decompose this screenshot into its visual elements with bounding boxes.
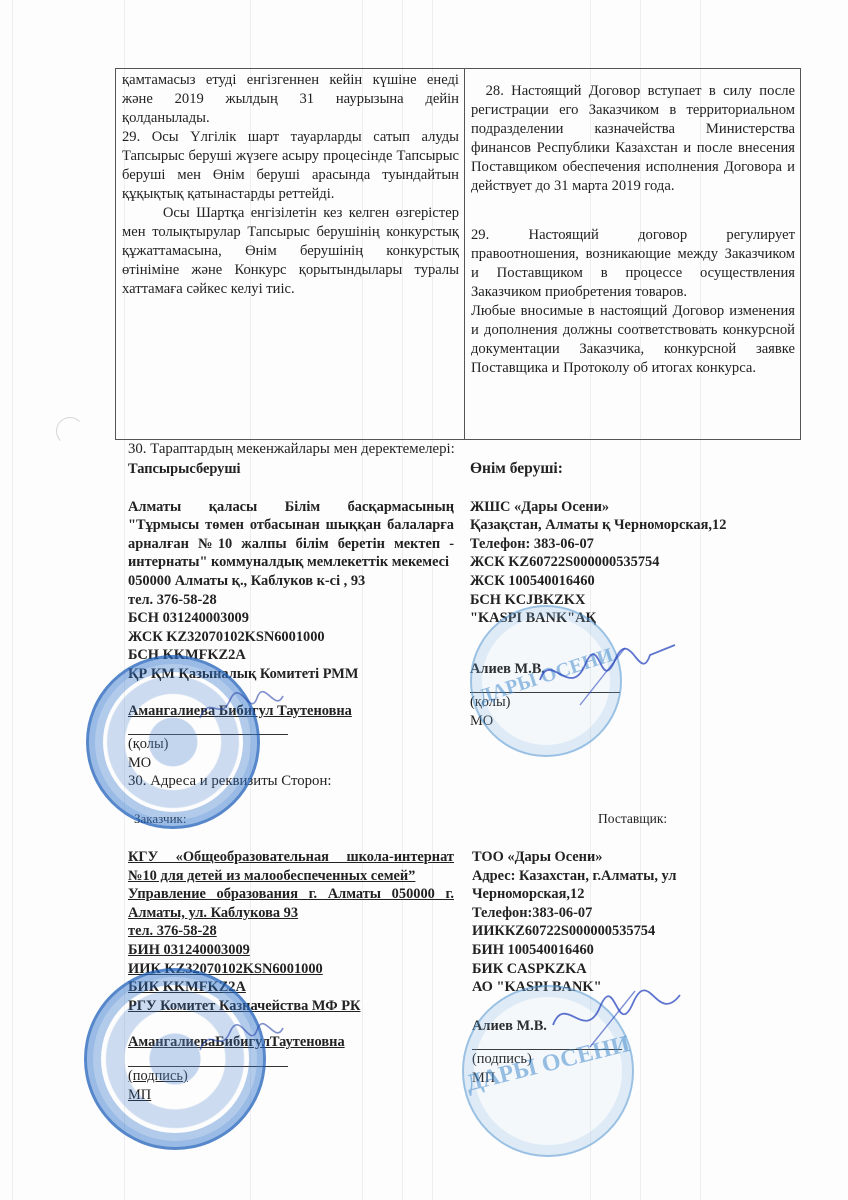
kz-supplier-address: Қазақстан, Алматы қ Черноморская,12 <box>470 516 790 535</box>
kz-customer-title: Тапсырысберуші <box>128 460 454 479</box>
signature-line <box>128 1052 288 1067</box>
kz-customer-phone: тел. 376-58-28 <box>128 591 454 610</box>
signature-line <box>472 1035 622 1050</box>
kz-changes-text: Осы Шартқа енгізілетін кез келген өзгері… <box>122 204 459 299</box>
ru-supplier-block: ТОО «Дары Осени» Адрес: Казахстан, г.Алм… <box>472 848 702 1088</box>
ru-customer-bank: РГУ Комитет Казначейства МФ РК <box>128 997 454 1016</box>
kz-supplier-sign-label: (қолы) <box>470 693 790 712</box>
ru-supplier-org: ТОО «Дары Осени» <box>472 848 702 867</box>
ru-customer-signer: АмангалиеваБибигулТаутеновна <box>128 1033 454 1052</box>
kz-supplier-phone: Телефон: 383-06-07 <box>470 535 790 554</box>
ru-supplier-phone: Телефон:383-06-07 <box>472 904 702 923</box>
kz-customer-org: Алматы қаласы Білім басқармасының "Тұрмы… <box>128 498 454 572</box>
kz-supplier-block: Өнім беруші: ЖШС «Дары Осени» Қазақстан,… <box>470 460 790 731</box>
ru-clause-28: 28. Настоящий Договор вступает в силу по… <box>471 82 795 196</box>
ru-supplier-address: Адрес: Казахстан, г.Алматы, ул Черноморс… <box>472 867 702 904</box>
ru-supplier-bik: БИК CASPKZKA <box>472 960 702 979</box>
kz-customer-iik: ЖСК KZ32070102KSN6001000 <box>128 628 454 647</box>
ru-supplier-bank: АО "KASPI BANK" <box>472 978 702 997</box>
ru-changes-text: Любые вносимые в настоящий Договор измен… <box>471 302 795 378</box>
ru-supplier-iik: ИИККZ60722S000000535754 <box>472 922 702 941</box>
signature-line <box>470 678 620 693</box>
ru-supplier-sign-label: (подпись) <box>472 1050 702 1069</box>
ru-customer-department: Управление образования г. Алматы 050000 … <box>128 885 454 922</box>
ru-supplier-seal-label: МП <box>472 1069 702 1088</box>
kz-customer-bank: ҚР ҚМ Қазыналық Комитеті РММ <box>128 665 454 684</box>
scan-streak <box>12 0 13 1200</box>
clauses-russian-cell: 28. Настоящий Договор вступает в силу по… <box>465 69 801 440</box>
kz-supplier-iik: ЖСК KZ60722S000000535754 <box>470 553 790 572</box>
kz-supplier-bik: БСН KCJBKZKX <box>470 591 790 610</box>
kz-customer-bik: БСН KKMFKZ2A <box>128 646 454 665</box>
kz-supplier-signer: Алиев М.В. <box>470 660 790 679</box>
kz-supplier-bank: "KASPI BANK"АҚ <box>470 609 790 628</box>
kz-supplier-org: ЖШС «Дары Осени» <box>470 498 790 517</box>
ru-customer-sign-label: (подпись) <box>128 1067 454 1086</box>
kz-customer-seal-label: МО <box>128 754 454 773</box>
ru-customer-org: КГУ «Общеобразовательная школа-интернат … <box>128 848 454 885</box>
ru-supplier-bin: БИН 100540016460 <box>472 941 702 960</box>
kz-section-heading: 30. Тараптардың мекенжайлары мен деректе… <box>128 440 455 459</box>
ru-customer-bin: БИН 031240003009 <box>128 941 454 960</box>
ru-supplier-title: Поставщик: <box>598 810 667 829</box>
kz-customer-bin: БСН 031240003009 <box>128 609 454 628</box>
kz-customer-block: Тапсырысберуші Алматы қаласы Білім басқа… <box>128 460 454 772</box>
kz-customer-signer: Амангалиева Бибигул Таутеновна <box>128 702 454 721</box>
ru-customer-block: КГУ «Общеобразовательная школа-интернат … <box>128 848 454 1104</box>
ru-customer-phone: тел. 376-58-28 <box>128 922 454 941</box>
ru-customer-seal-label: МП <box>128 1086 454 1105</box>
kz-supplier-bin: ЖСК 100540016460 <box>470 572 790 591</box>
ru-customer-title: Заказчик: <box>134 810 186 829</box>
kz-customer-sign-label: (қолы) <box>128 735 454 754</box>
kz-customer-address: 050000 Алматы қ., Каблуков к-сі , 93 <box>128 572 454 591</box>
kz-supplier-seal-label: МО <box>470 712 790 731</box>
kz-clause-29: 29. Осы Үлгілік шарт тауарларды сатып ал… <box>122 128 459 204</box>
ru-clause-29: 29. Настоящий договор регулирует правоот… <box>471 226 795 302</box>
ru-customer-iik: ИИК KZ32070102KSN6001000 <box>128 960 454 979</box>
clauses-table: қамтамасыз етуді енгізгеннен кейін күшін… <box>115 68 801 440</box>
signature-line <box>128 720 288 735</box>
ru-section-heading: 30. Адреса и реквизиты Сторон: <box>128 772 331 791</box>
ru-supplier-signer: Алиев М.В. <box>472 1017 702 1036</box>
ru-customer-bik: БИК KKMFKZ2A <box>128 978 454 997</box>
punch-hole-mark <box>56 417 84 445</box>
kz-intro-text: қамтамасыз етуді енгізгеннен кейін күшін… <box>122 71 459 128</box>
clauses-kazakh-cell: қамтамасыз етуді енгізгеннен кейін күшін… <box>116 69 465 440</box>
kz-supplier-title: Өнім беруші: <box>470 460 790 479</box>
